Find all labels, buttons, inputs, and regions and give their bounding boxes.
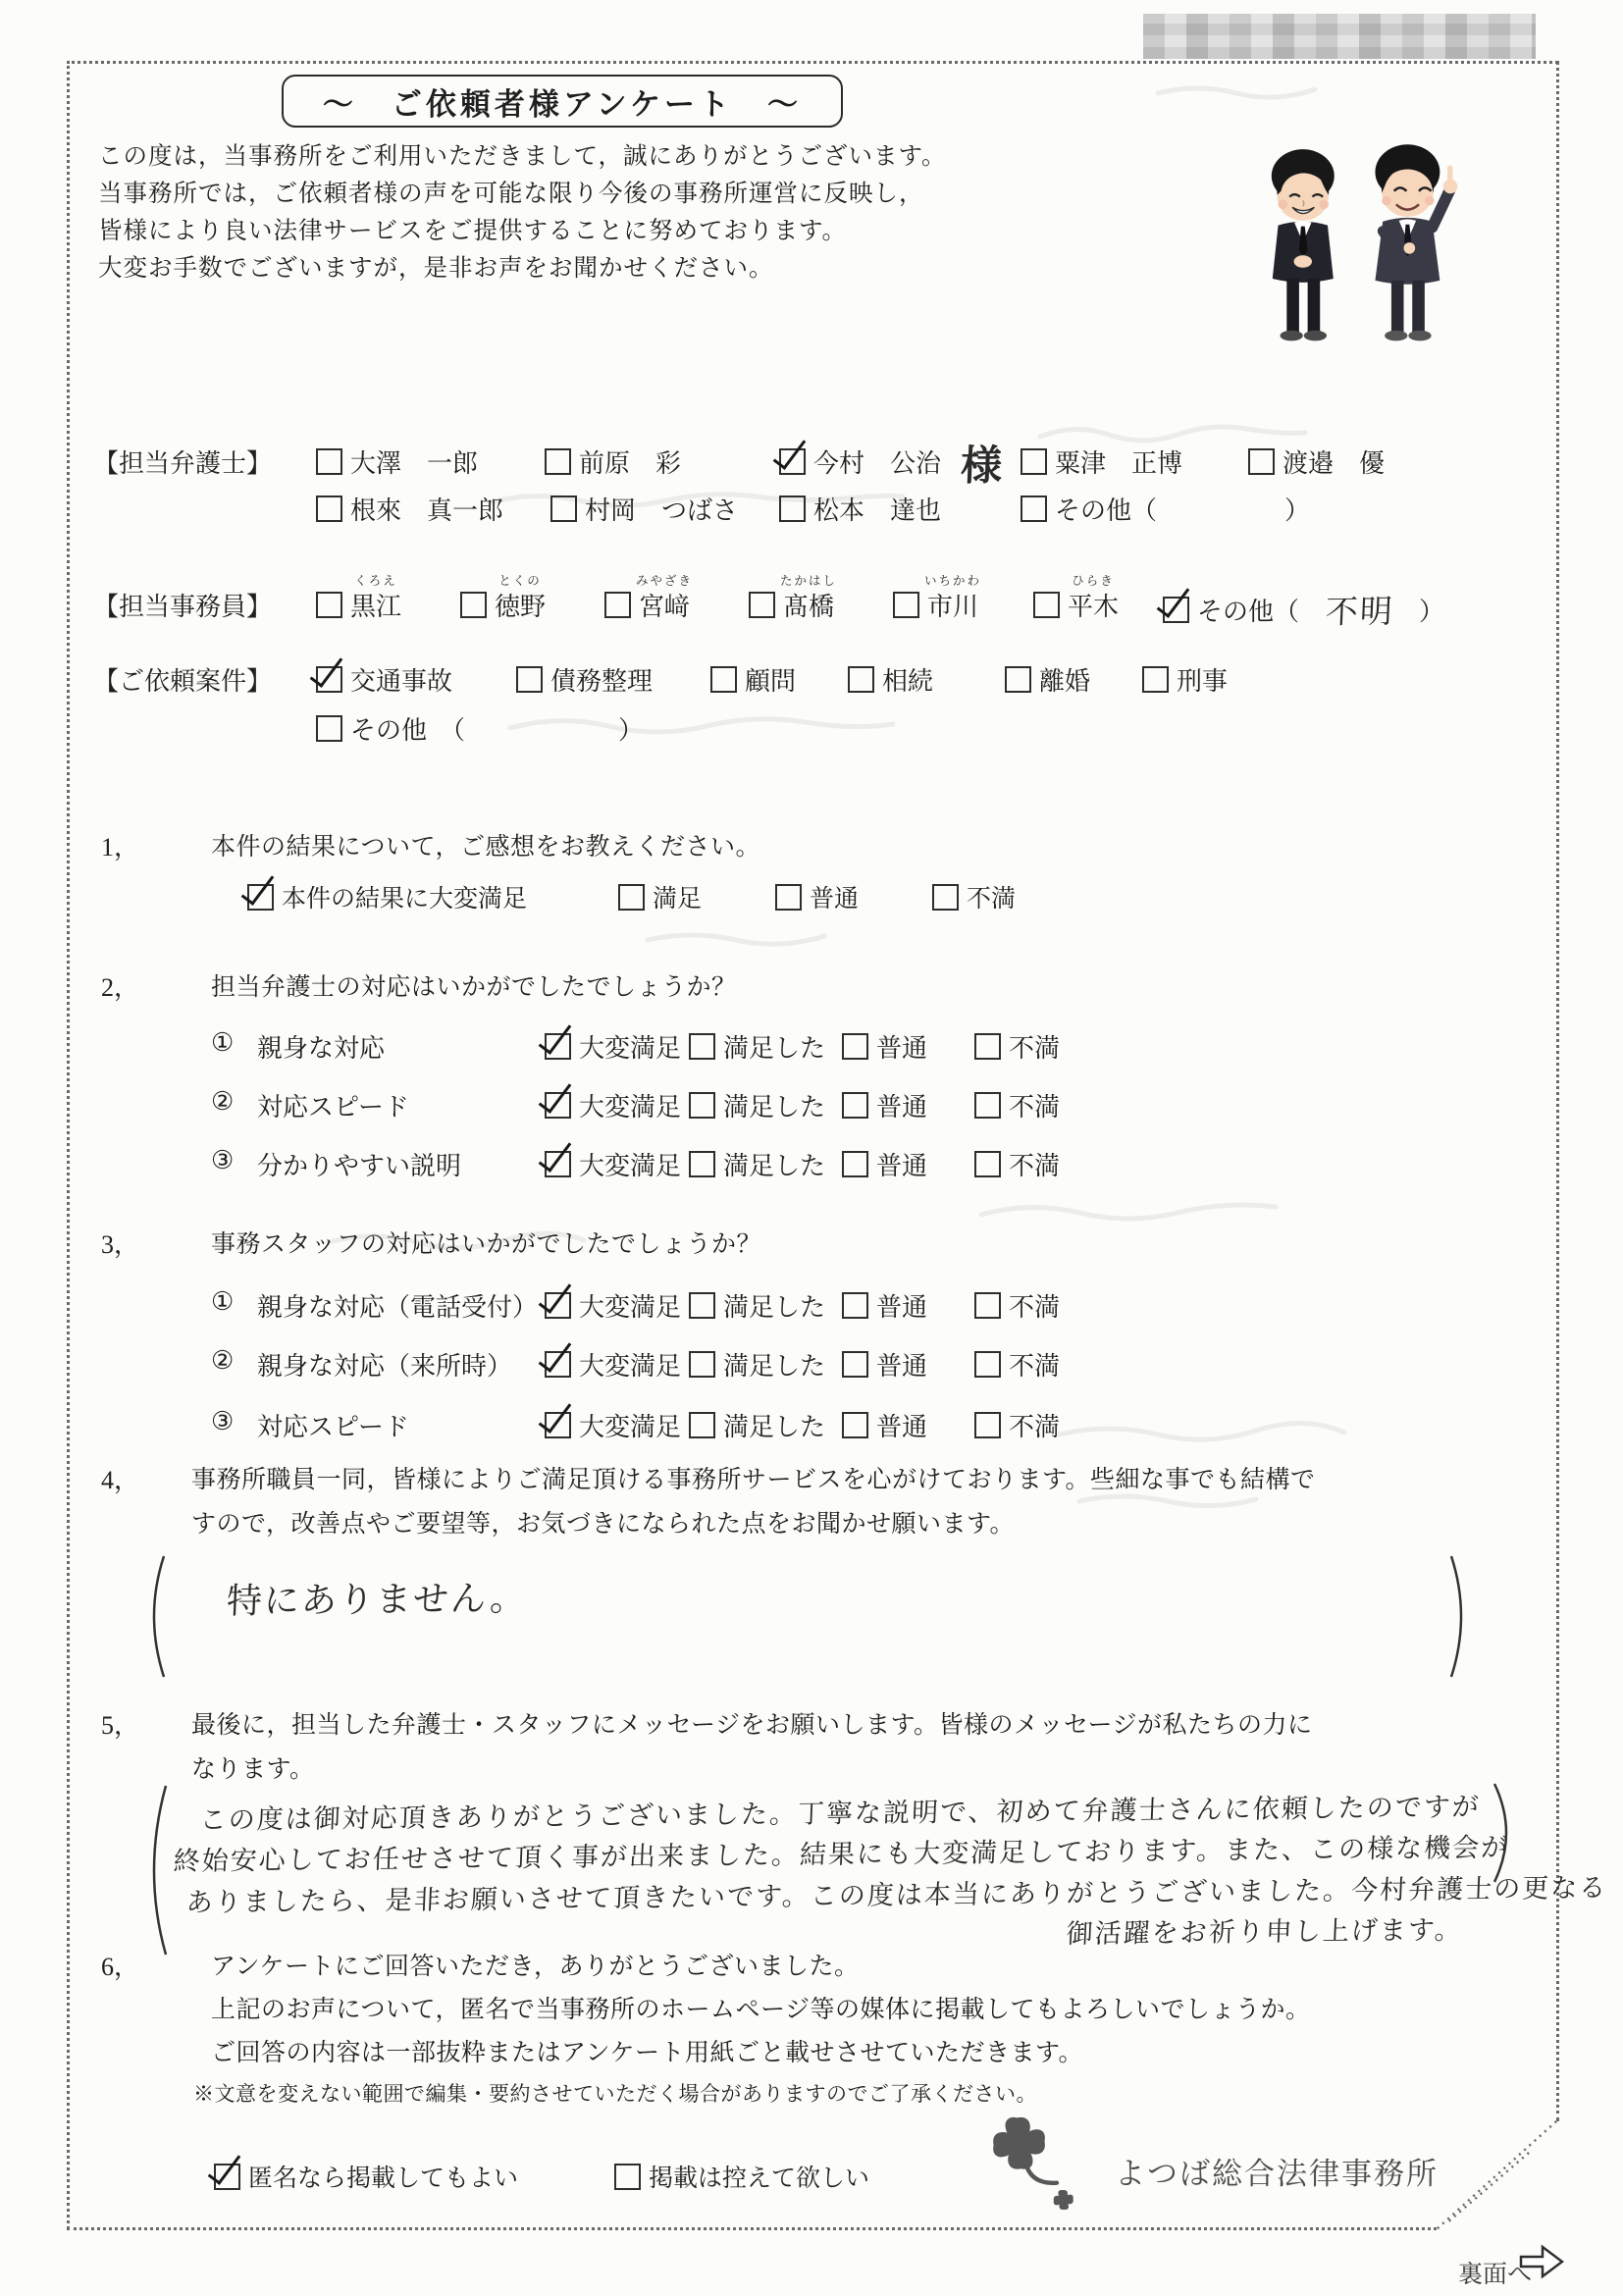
rating-option[interactable]: 大変満足 (545, 1146, 681, 1182)
staff-section-label: 【担当事務員】 (93, 587, 272, 623)
checkbox[interactable] (779, 496, 806, 522)
rating-option[interactable]: 大変満足 (545, 1407, 681, 1443)
checkbox[interactable] (1021, 496, 1047, 522)
row-number: ① (211, 1028, 234, 1058)
option-label: 満足した (723, 1287, 825, 1324)
staff-option-other[interactable]: その他（不明） (1163, 587, 1444, 633)
row-label: 対応スピード (257, 1087, 409, 1123)
checkbox[interactable] (618, 884, 645, 911)
row-label: 親身な対応（来所時） (257, 1346, 512, 1383)
option-label: 不満 (1009, 1407, 1060, 1443)
option-label: 満足した (723, 1407, 825, 1443)
checkbox[interactable] (604, 592, 631, 618)
checkbox[interactable] (710, 666, 737, 693)
page-title-text: ～ ご依頼者様アンケート ～ (323, 79, 802, 124)
option-label: 満足した (723, 1346, 825, 1383)
attorney-name: 松本 達也 (813, 491, 941, 527)
attorney-option[interactable]: 粟津 正博 (1021, 444, 1182, 480)
case-option[interactable]: 刑事 (1142, 661, 1228, 698)
checkbox[interactable] (614, 2164, 641, 2190)
checkbox[interactable] (974, 1151, 1001, 1177)
option-label: 大変満足 (579, 1346, 681, 1383)
case-name: 債務整理 (550, 661, 653, 698)
option-label: 掲載は控えて欲しい (649, 2159, 869, 2194)
q2-number: 2， (101, 967, 139, 1004)
rating-option[interactable]: 満足した (689, 1028, 825, 1065)
case-option-other[interactable]: その他 （ ） (316, 710, 644, 747)
handwritten-q4-answer: 特にありません。 (226, 1571, 528, 1624)
attorney-row-2: 根來 真一郎 村岡 つばさ 松本 達也 その他（ ） (0, 491, 1623, 532)
option-label: 普通 (876, 1146, 927, 1182)
case-row-1: 【ご依頼案件】 交通事故 債務整理 顧問 相続 離婚 刑事 (0, 661, 1623, 703)
q3-number: 3， (101, 1225, 139, 1261)
firm-name: よつば総合法律事務所 (1115, 2149, 1439, 2193)
handwritten-message-line: 御活躍をお祈り申し上げます。 (1066, 1908, 1464, 1951)
row-number: ② (211, 1346, 234, 1376)
option-label: 本件の結果に大変満足 (282, 879, 527, 914)
case-option[interactable]: 相続 (848, 661, 933, 698)
staff-other-label: その他（ (1197, 592, 1299, 628)
attorney-name: 粟津 正博 (1055, 444, 1182, 480)
q1-number: 1， (101, 827, 139, 863)
furigana: いちかわ (924, 571, 981, 589)
q1-option[interactable]: 本件の結果に大変満足 (247, 879, 527, 914)
page-title: ～ ご依頼者様アンケート ～ (282, 75, 843, 128)
checkbox[interactable] (460, 592, 487, 618)
checkbox[interactable] (779, 448, 806, 475)
q1-option[interactable]: 普通 (775, 879, 859, 914)
option-label: 不満 (1009, 1287, 1060, 1324)
attorney-name: 村岡 つばさ (585, 491, 738, 527)
furigana: たかはし (780, 571, 837, 589)
q4-text-line2: すので，改善点やご要望等，お気づきになられた点をお聞かせ願います。 (191, 1504, 1015, 1539)
case-option[interactable]: 交通事故 (316, 661, 452, 698)
rating-option[interactable]: 不満 (974, 1346, 1060, 1383)
option-label: 大変満足 (579, 1087, 681, 1123)
case-option[interactable]: 顧問 (710, 661, 796, 698)
checkbox[interactable] (1033, 592, 1060, 618)
staff-other-close: ） (1419, 592, 1444, 628)
checkbox[interactable] (842, 1151, 868, 1177)
q3-row-2: ② 親身な対応（来所時） 大変満足 満足した 普通 不満 (0, 1346, 1623, 1387)
case-name: 交通事故 (350, 661, 452, 698)
attorney-name: 渡邉 優 (1283, 444, 1385, 480)
attorney-name: 大澤 一郎 (350, 444, 478, 480)
rating-option[interactable]: 満足した (689, 1146, 825, 1182)
rating-option[interactable]: 大変満足 (545, 1287, 681, 1324)
row-label: 親身な対応（電話受付） (257, 1287, 538, 1324)
rating-option[interactable]: 満足した (689, 1087, 825, 1123)
option-label: 満足した (723, 1028, 825, 1065)
checkbox[interactable] (1163, 597, 1189, 623)
q5-number: 5， (101, 1705, 139, 1742)
checkbox[interactable] (974, 1092, 1001, 1119)
publish-option[interactable]: 匿名なら掲載してもよい (214, 2159, 518, 2194)
checkbox[interactable] (545, 1151, 571, 1177)
checkbox[interactable] (689, 1033, 715, 1060)
checkbox[interactable] (1005, 666, 1031, 693)
checkbox[interactable] (316, 715, 342, 742)
row-number: ② (211, 1087, 234, 1117)
checkbox[interactable] (316, 666, 342, 693)
rating-option[interactable]: 不満 (974, 1087, 1060, 1123)
checkbox[interactable] (545, 1351, 571, 1378)
clover-logo-icon (974, 2102, 1090, 2224)
row-number: ① (211, 1287, 234, 1317)
checkbox[interactable] (842, 1092, 868, 1119)
checkbox[interactable] (842, 1412, 868, 1438)
q1-option[interactable]: 満足 (618, 879, 702, 914)
rating-option[interactable]: 普通 (842, 1146, 927, 1182)
checkbox[interactable] (316, 448, 342, 475)
q1-options: 本件の結果に大変満足 満足 普通 不満 (0, 879, 1623, 920)
option-label: 普通 (876, 1287, 927, 1324)
attorney-option[interactable]: 根來 真一郎 (316, 491, 503, 527)
rating-option[interactable]: 普通 (842, 1028, 927, 1065)
option-label: 満足した (723, 1087, 825, 1123)
attorney-option[interactable]: 大澤 一郎 (316, 444, 478, 480)
rating-option[interactable]: 満足した (689, 1287, 825, 1324)
option-label: 不満 (1009, 1346, 1060, 1383)
rating-option[interactable]: 大変満足 (545, 1087, 681, 1123)
checkbox[interactable] (545, 448, 571, 475)
furigana: ひらき (1072, 571, 1115, 589)
checkbox[interactable] (974, 1033, 1001, 1060)
option-label: 普通 (810, 879, 859, 914)
option-label: 不満 (1009, 1146, 1060, 1182)
checkbox[interactable] (848, 666, 874, 693)
case-section-label: 【ご依頼案件】 (93, 661, 272, 698)
checkbox[interactable] (689, 1351, 715, 1378)
q1-option[interactable]: 不満 (932, 879, 1016, 914)
option-label: 普通 (876, 1028, 927, 1065)
option-label: 普通 (876, 1346, 927, 1383)
intro-line: この度は，当事務所をご利用いただきまして，誠にありがとうございます。 (98, 137, 947, 172)
attorney-row-1: 【担当弁護士】 大澤 一郎 前原 彩 今村 公治 様 粟津 正博 渡邉 優 (0, 444, 1623, 485)
rating-option[interactable]: 普通 (842, 1407, 927, 1443)
option-label: 満足 (653, 879, 702, 914)
checkbox[interactable] (1021, 448, 1047, 475)
case-name: その他 （ ） (350, 710, 644, 747)
staff-name: 市川 (927, 593, 978, 621)
checkbox[interactable] (545, 1033, 571, 1060)
option-label: 大変満足 (579, 1287, 681, 1324)
attorney-section-label: 【担当弁護士】 (93, 444, 272, 480)
row-label: 親身な対応 (257, 1028, 385, 1065)
q2-row-3: ③ 分かりやすい説明 大変満足 満足した 普通 不満 (0, 1146, 1623, 1187)
staff-row: 【担当事務員】 くろえ黒江 とくの徳野 みやざき宮﨑 たかはし髙橋 いちかわ市川… (0, 587, 1623, 628)
q4-text-line1: 事務所職員一同，皆様によりご満足頂ける事務所サービスを心がけております。些細な事… (191, 1460, 1316, 1495)
attorney-option[interactable]: 今村 公治 (779, 444, 941, 480)
q6-text-line1: アンケートにご回答いただき，ありがとうございました。 (211, 1947, 860, 1982)
q6-number: 6， (101, 1947, 139, 1983)
q4-number: 4， (101, 1460, 139, 1496)
checkbox[interactable] (932, 884, 959, 911)
case-row-2: その他 （ ） (0, 710, 1623, 752)
attorney-name: 今村 公治 (813, 444, 941, 480)
checkbox[interactable] (689, 1092, 715, 1119)
checkbox[interactable] (316, 496, 342, 522)
furigana: みやざき (636, 571, 693, 589)
staff-name: 宮﨑 (639, 593, 690, 621)
case-option[interactable]: 債務整理 (516, 661, 653, 698)
row-number: ③ (211, 1146, 234, 1175)
checkbox[interactable] (550, 496, 577, 522)
staff-name: 平木 (1068, 593, 1119, 621)
staff-option[interactable]: みやざき宮﨑 (604, 587, 690, 623)
staff-name: 黒江 (350, 593, 401, 621)
checkbox[interactable] (1142, 666, 1169, 693)
checkbox[interactable] (214, 2164, 240, 2190)
staff-option[interactable]: とくの徳野 (460, 587, 546, 623)
publish-option[interactable]: 掲載は控えて欲しい (614, 2159, 869, 2194)
q6-text-line2: 上記のお声について，匿名で当事務所のホームページ等の媒体に掲載してもよろしいでし… (211, 1990, 1311, 2025)
checkbox[interactable] (842, 1351, 868, 1378)
checkbox[interactable] (1248, 448, 1275, 475)
rating-option[interactable]: 不満 (974, 1407, 1060, 1443)
border-left (67, 61, 70, 2229)
checkbox[interactable] (516, 666, 543, 693)
checkbox[interactable] (974, 1351, 1001, 1378)
q2-text: 担当弁護士の対応はいかがでしたでしょうか？ (211, 967, 737, 1003)
rating-option[interactable]: 普通 (842, 1287, 927, 1324)
border-bottom (67, 2227, 1437, 2230)
checkbox[interactable] (545, 1292, 571, 1319)
intro-line: 大変お手数でございますが，是非お声をお聞かせください。 (98, 249, 774, 284)
q3-row-3: ③ 対応スピード 大変満足 満足した 普通 不満 (0, 1407, 1623, 1448)
q1-text: 本件の結果について，ご感想をお教えください。 (211, 827, 760, 862)
redaction-mosaic (1143, 14, 1536, 59)
checkbox[interactable] (842, 1033, 868, 1060)
checkbox[interactable] (689, 1412, 715, 1438)
case-name: 刑事 (1177, 661, 1228, 698)
q5-text-line1: 最後に，担当した弁護士・スタッフにメッセージをお願いします。皆様のメッセージが私… (191, 1705, 1313, 1741)
attorney-name: 前原 彩 (579, 444, 681, 480)
rating-option[interactable]: 満足した (689, 1346, 825, 1383)
attorney-name: その他（ ） (1055, 491, 1310, 527)
rating-option[interactable]: 大変満足 (545, 1346, 681, 1383)
attorney-option[interactable]: 松本 達也 (779, 491, 941, 527)
handwritten-honorific: 様 (960, 434, 1006, 493)
q6-text-line3: ご回答の内容は一部抜粋またはアンケート用紙ごと載せさせていただきます。 (211, 2033, 1083, 2068)
intro-line: 皆様により良い法律サービスをご提供することに努めております。 (98, 212, 847, 246)
option-label: 不満 (1009, 1028, 1060, 1065)
case-name: 顧問 (745, 661, 796, 698)
option-label: 不満 (967, 879, 1016, 914)
attorney-option[interactable]: 前原 彩 (545, 444, 681, 480)
back-page-arrow-icon (1519, 2243, 1564, 2280)
checkbox[interactable] (842, 1292, 868, 1319)
option-label: 大変満足 (579, 1146, 681, 1182)
rating-option[interactable]: 大変満足 (545, 1028, 681, 1065)
rating-option[interactable]: 不満 (974, 1146, 1060, 1182)
row-label: 対応スピード (257, 1407, 409, 1443)
checkbox[interactable] (545, 1092, 571, 1119)
row-number: ③ (211, 1407, 234, 1436)
staff-name: 徳野 (495, 593, 546, 621)
staff-option[interactable]: ひらき平木 (1033, 587, 1119, 623)
checkbox[interactable] (316, 592, 342, 618)
case-name: 離婚 (1039, 661, 1090, 698)
checkbox[interactable] (749, 592, 775, 618)
case-name: 相続 (882, 661, 933, 698)
attorney-option[interactable]: 渡邉 優 (1248, 444, 1385, 480)
row-label: 分かりやすい説明 (257, 1146, 461, 1182)
staff-name: 髙橋 (783, 593, 834, 621)
option-label: 大変満足 (579, 1028, 681, 1065)
q3-text: 事務スタッフの対応はいかがでしたでしょうか？ (211, 1225, 761, 1260)
border-top (67, 61, 1558, 64)
q2-row-1: ① 親身な対応 大変満足 満足した 普通 不満 (0, 1028, 1623, 1070)
checkbox[interactable] (775, 884, 802, 911)
illustration-two-lawyers (1234, 133, 1482, 420)
option-label: 匿名なら掲載してもよい (248, 2159, 518, 2194)
attorney-option[interactable]: 村岡 つばさ (550, 491, 738, 527)
rating-option[interactable]: 不満 (974, 1028, 1060, 1065)
option-label: 不満 (1009, 1087, 1060, 1123)
staff-option[interactable]: いちかわ市川 (893, 587, 978, 623)
checkbox[interactable] (974, 1412, 1001, 1438)
attorney-option-other[interactable]: その他（ ） (1021, 491, 1310, 527)
case-option[interactable]: 離婚 (1005, 661, 1090, 698)
handwritten-staff-other: 不明 (1325, 586, 1395, 633)
checkbox[interactable] (893, 592, 919, 618)
staff-option[interactable]: くろえ黒江 (316, 587, 401, 623)
furigana: とくの (498, 571, 542, 589)
option-label: 普通 (876, 1407, 927, 1443)
q3-row-1: ① 親身な対応（電話受付） 大変満足 満足した 普通 不満 (0, 1287, 1623, 1329)
option-label: 満足した (723, 1146, 825, 1182)
rating-option[interactable]: 普通 (842, 1087, 927, 1123)
checkbox[interactable] (689, 1151, 715, 1177)
checkbox[interactable] (689, 1292, 715, 1319)
q2-row-2: ② 対応スピード 大変満足 満足した 普通 不満 (0, 1087, 1623, 1128)
intro-line: 当事務所では，ご依頼者様の声を可能な限り今後の事務所運営に反映し， (98, 175, 924, 209)
q6-note: ※文意を変えない範囲で編集・要約させていただく場合がありますのでご了承ください。 (193, 2078, 1037, 2108)
survey-page: ～ ご依頼者様アンケート ～ (0, 0, 1623, 2296)
rating-option[interactable]: 普通 (842, 1346, 927, 1383)
rating-option[interactable]: 不満 (974, 1287, 1060, 1324)
checkbox[interactable] (974, 1292, 1001, 1319)
attorney-name: 根來 真一郎 (350, 491, 503, 527)
checkbox[interactable] (247, 884, 274, 911)
option-label: 大変満足 (579, 1407, 681, 1443)
furigana: くろえ (354, 571, 397, 589)
rating-option[interactable]: 満足した (689, 1407, 825, 1443)
staff-option[interactable]: たかはし髙橋 (749, 587, 834, 623)
option-label: 普通 (876, 1087, 927, 1123)
checkbox[interactable] (545, 1412, 571, 1438)
